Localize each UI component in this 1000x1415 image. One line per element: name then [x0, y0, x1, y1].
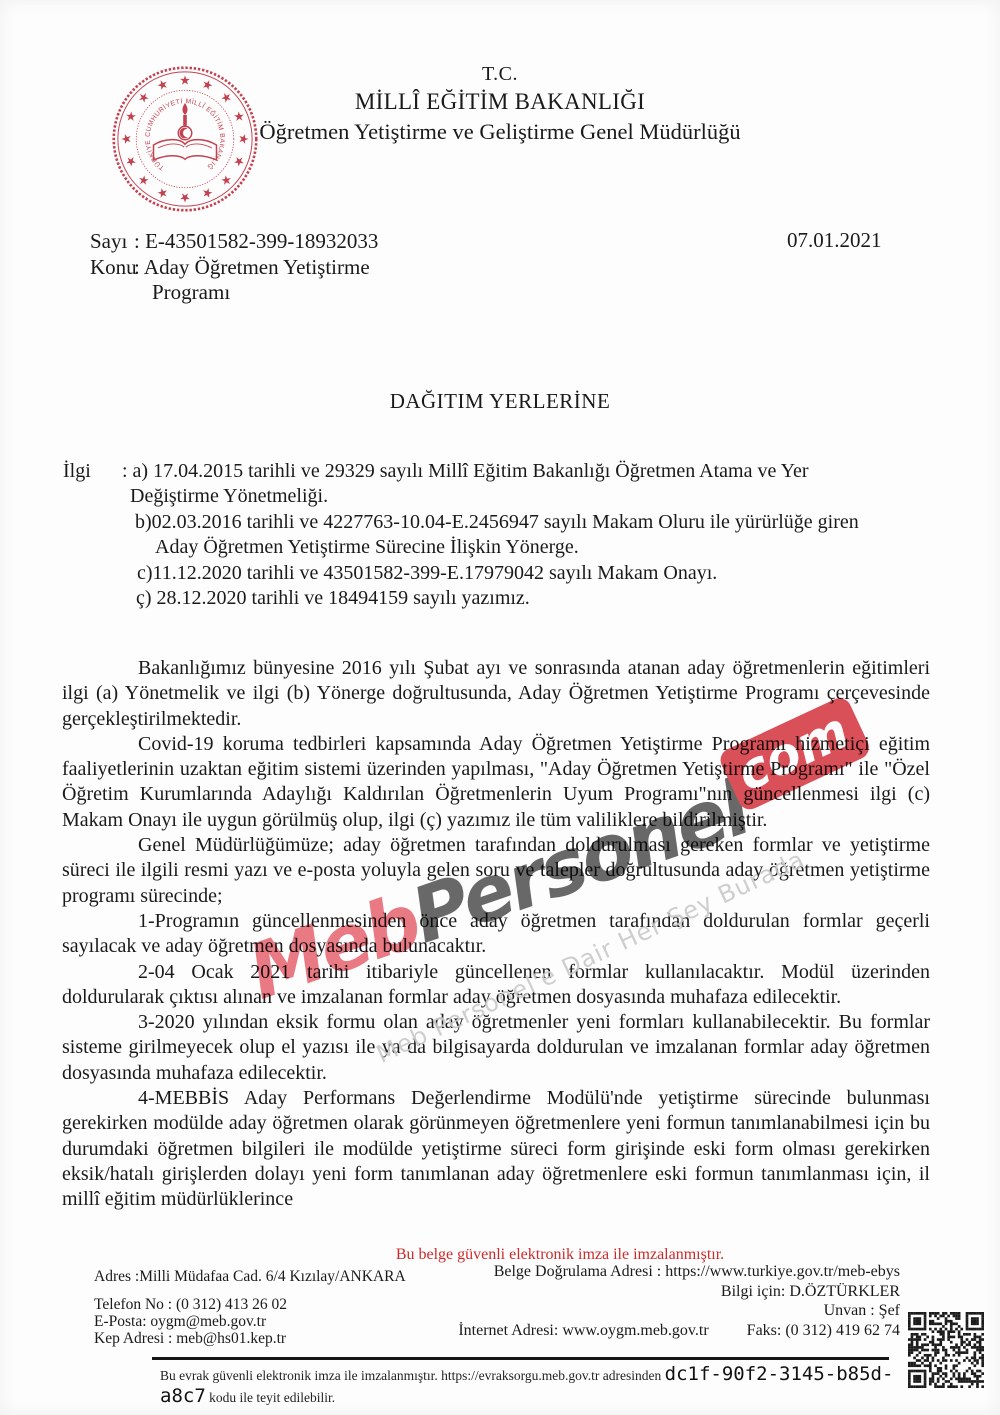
ilgi-line: ç) 28.12.2020 tarihli ve 18494159 sayılı… [136, 586, 882, 611]
body-paragraph: 2-04 Ocak 2021 tarihi itibariyle güncell… [62, 960, 930, 1011]
references-block: İlgi : a) 17.04.2015 tarihli ve 29329 sa… [63, 459, 882, 611]
footer-info-for: Bilgi için: D.ÖZTÜRKLER [400, 1282, 900, 1302]
footer-kep: Kep Adresi : meb@hs01.kep.tr [94, 1330, 406, 1347]
ilgi-line: : a) 17.04.2015 tarihli ve 29329 sayılı … [122, 459, 882, 484]
footer-internet: İnternet Adresi: www.oygm.meb.gov.tr [458, 1322, 708, 1339]
ilgi-line: b)02.03.2016 tarihli ve 4227763-10.04-E.… [135, 510, 882, 535]
verification-line: Bu evrak güvenli elektronik imza ile imz… [160, 1363, 920, 1407]
ilgi-line: c)11.12.2020 tarihli ve 43501582-399-E.1… [137, 561, 882, 586]
konu-value-line2: Programı [152, 280, 378, 306]
footer-verify-address: Belge Doğrulama Adresi : https://www.tur… [400, 1262, 900, 1282]
letterhead-tc: T.C. [0, 62, 1000, 87]
letterhead-directorate: Öğretmen Yetiştirme ve Geliştirme Genel … [0, 117, 1000, 147]
letterhead: T.C. MİLLÎ EĞİTİM BAKANLIĞI Öğretmen Yet… [0, 62, 1000, 147]
footer-unvan: Unvan : Şef [400, 1301, 900, 1321]
letterhead-ministry: MİLLÎ EĞİTİM BAKANLIĞI [0, 87, 1000, 117]
body-paragraph: 1-Programın güncellenmesinden önce aday … [62, 909, 930, 960]
body-paragraph: Genel Müdürlüğümüze; aday öğretmen taraf… [62, 833, 930, 909]
konu-value: : Aday Öğretmen Yetiştirme [134, 255, 370, 281]
sayi-row: Sayı : E-43501582-399-18932033 [90, 229, 378, 255]
verification-prefix: Bu evrak güvenli elektronik imza ile imz… [160, 1368, 665, 1383]
document-title: DAĞITIM YERLERİNE [0, 389, 1000, 414]
sayi-value: : E-43501582-399-18932033 [134, 229, 378, 255]
footer-phone: Telefon No : (0 312) 413 26 02 [94, 1296, 406, 1313]
footer-fax: Faks: (0 312) 419 62 74 [747, 1322, 900, 1339]
footer-address: Adres :Milli Müdafaa Cad. 6/4 Kızılay/AN… [94, 1268, 406, 1285]
footer-divider [152, 1357, 889, 1360]
body-paragraph: 4-MEBBİS Aday Performans Değerlendirme M… [62, 1086, 930, 1212]
document-meta: Sayı : E-43501582-399-18932033 Konu : Ad… [90, 229, 378, 306]
verification-suffix: kodu ile teyit edilebilir. [206, 1390, 335, 1405]
footer-internet-fax-row: İnternet Adresi: www.oygm.meb.gov.trFaks… [400, 1321, 900, 1341]
ilgi-label: İlgi [63, 459, 91, 484]
footer-email: E-Posta: oygm@meb.gov.tr [94, 1313, 406, 1330]
document-page: TÜRKİYE CUMHURİYETİ MİLLÎ EĞİTİM BAKANLI… [0, 0, 1000, 1415]
konu-label: Konu [90, 255, 134, 281]
document-date: 07.01.2021 [787, 228, 882, 253]
letter-body: Bakanlığımız bünyesine 2016 yılı Şubat a… [62, 656, 930, 1213]
sayi-label: Sayı [90, 229, 134, 255]
body-paragraph: 3-2020 yılından eksik formu olan aday öğ… [62, 1010, 930, 1086]
body-paragraph: Bakanlığımız bünyesine 2016 yılı Şubat a… [62, 656, 930, 732]
ilgi-items: : a) 17.04.2015 tarihli ve 29329 sayılı … [122, 459, 882, 611]
body-paragraph: Covid-19 koruma tedbirleri kapsamında Ad… [62, 732, 930, 833]
konu-row: Konu : Aday Öğretmen Yetiştirme [90, 255, 378, 281]
ilgi-line: Değiştirme Yönetmeliği. [130, 484, 882, 509]
footer-contact-right: Belge Doğrulama Adresi : https://www.tur… [400, 1262, 900, 1340]
ilgi-line: Aday Öğretmen Yetiştirme Sürecine İlişki… [155, 535, 882, 560]
footer-contact-left: Adres :Milli Müdafaa Cad. 6/4 Kızılay/AN… [94, 1268, 406, 1347]
